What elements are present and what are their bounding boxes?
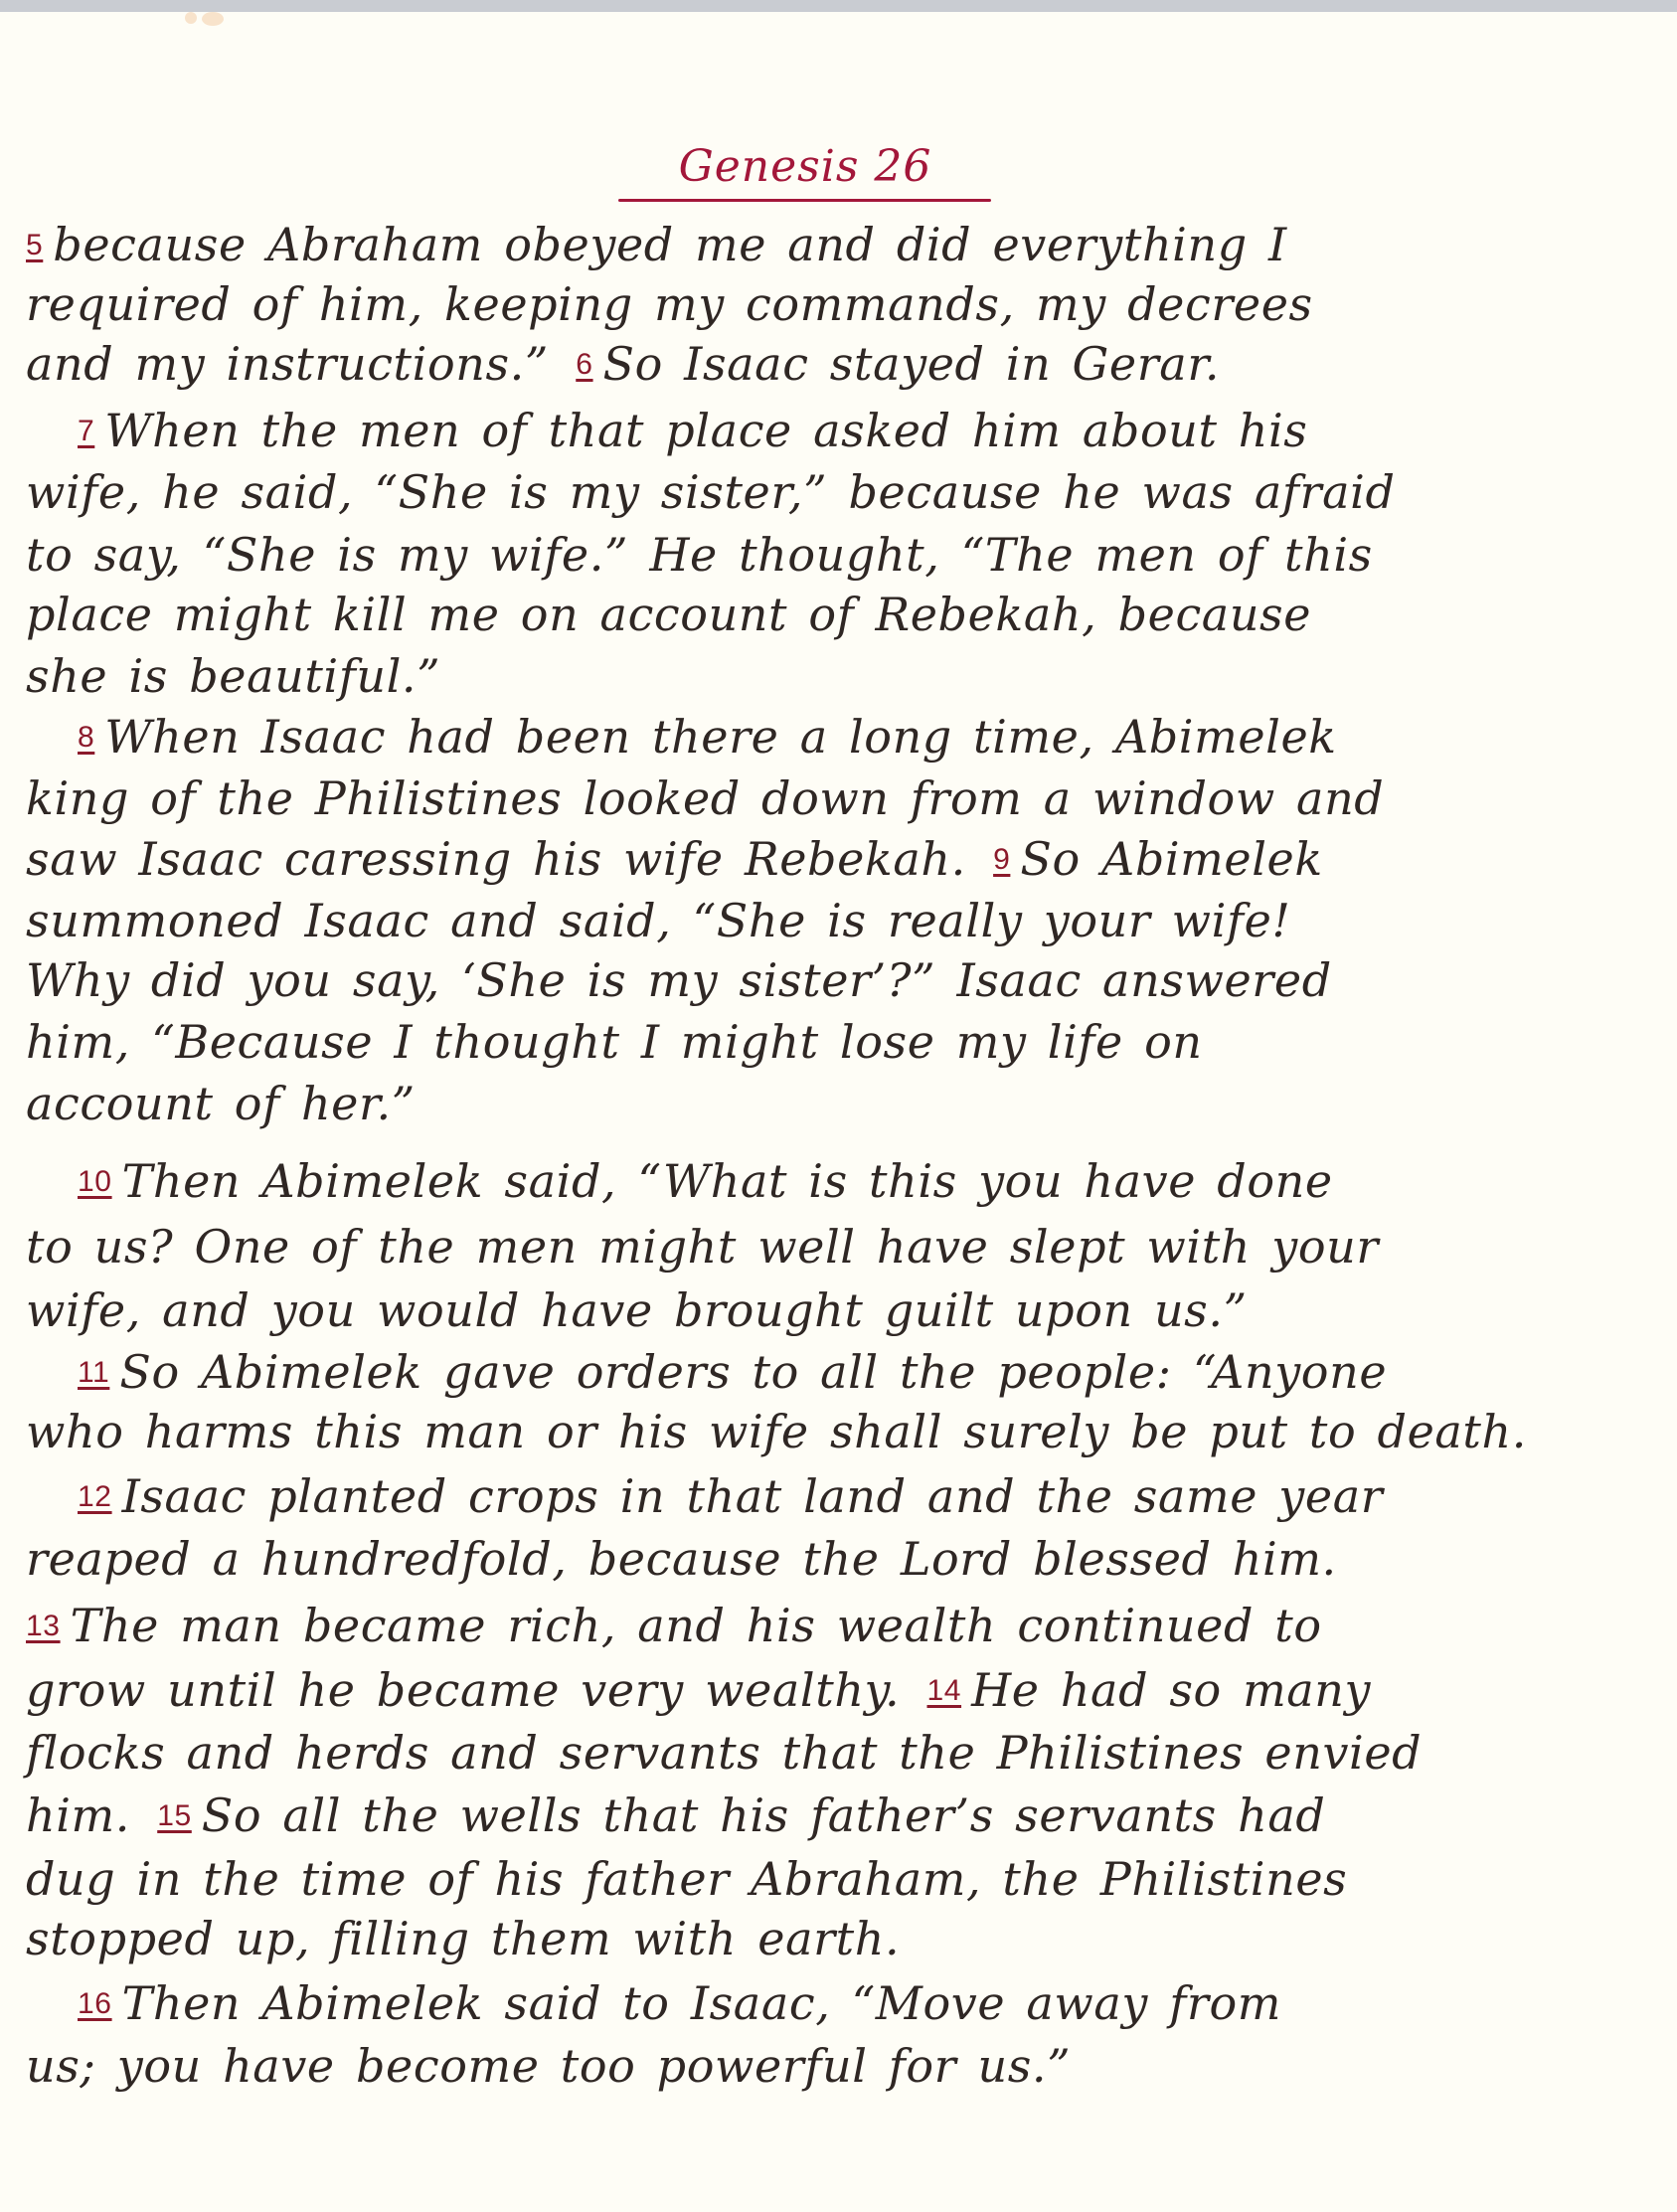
verse-text: When the men of that place asked him abo… xyxy=(104,404,1307,457)
text-line: 7When the men of that place asked him ab… xyxy=(78,403,1308,459)
text-line: reaped a hundredfold, because the Lord b… xyxy=(26,1531,1337,1587)
verse-number: 15 xyxy=(157,1799,192,1832)
text-line: 13The man became rich, and his wealth co… xyxy=(26,1598,1322,1654)
page-title-wrap: Genesis 26 xyxy=(616,141,994,193)
verse-number: 7 xyxy=(78,415,94,447)
verse-text: and my instructions.” xyxy=(26,337,570,391)
text-line: who harms this man or his wife shall sur… xyxy=(26,1404,1527,1459)
text-line: 5because Abraham obeyed me and did every… xyxy=(26,217,1287,273)
verse-text: place might kill me on account of Rebeka… xyxy=(26,588,1311,641)
verse-number: 6 xyxy=(576,348,592,381)
verse-text: to say, “She is my wife.” He thought, “T… xyxy=(26,528,1373,582)
handwritten-page: Genesis 26 5because Abraham obeyed me an… xyxy=(0,0,1677,2212)
verse-text: account of her.” xyxy=(26,1077,416,1130)
text-line: place might kill me on account of Rebeka… xyxy=(26,587,1311,642)
text-line: us; you have become too powerful for us.… xyxy=(26,2038,1071,2094)
verse-number: 8 xyxy=(78,721,94,754)
text-line: Why did you say, ‘She is my sister’?” Is… xyxy=(26,952,1332,1008)
text-line: wife, and you would have brought guilt u… xyxy=(26,1282,1248,1338)
text-line: king of the Philistines looked down from… xyxy=(26,770,1384,826)
verse-text: summoned Isaac and said, “She is really … xyxy=(26,894,1291,947)
verse-number: 14 xyxy=(926,1674,961,1707)
verse-text: king of the Philistines looked down from… xyxy=(26,771,1384,825)
text-line: and my instructions.” 6So Isaac stayed i… xyxy=(26,336,1220,393)
verse-text: Why did you say, ‘She is my sister’?” Is… xyxy=(26,953,1332,1007)
verse-text: So all the wells that his father’s serva… xyxy=(202,1788,1326,1842)
text-line: him, “Because I thought I might lose my … xyxy=(26,1014,1203,1070)
verse-number: 13 xyxy=(26,1610,61,1642)
verse-text: So Abimelek xyxy=(1020,832,1322,886)
verse-text: He had so many xyxy=(971,1663,1371,1717)
text-line: stopped up, filling them with earth. xyxy=(26,1911,900,1966)
verse-number: 10 xyxy=(78,1165,112,1198)
verse-number: 16 xyxy=(78,1987,112,2020)
text-line: 10Then Abimelek said, “What is this you … xyxy=(78,1153,1333,1210)
text-line: to say, “She is my wife.” He thought, “T… xyxy=(26,527,1373,583)
text-line: to us? One of the men might well have sl… xyxy=(26,1219,1379,1275)
verse-text: because Abraham obeyed me and did everyt… xyxy=(53,218,1286,271)
verse-text: him, “Because I thought I might lose my … xyxy=(26,1015,1203,1069)
text-line: account of her.” xyxy=(26,1076,416,1131)
verse-text: Then Abimelek said, “What is this you ha… xyxy=(122,1154,1333,1208)
text-line: required of him, keeping my commands, my… xyxy=(26,276,1313,332)
verse-text: Isaac planted crops in that land and the… xyxy=(122,1469,1384,1523)
verse-number: 9 xyxy=(993,843,1010,876)
verse-text: us; you have become too powerful for us.… xyxy=(26,2039,1071,2093)
verse-text: wife, he said, “She is my sister,” becau… xyxy=(26,465,1396,519)
verse-number: 5 xyxy=(26,229,43,261)
verse-text: she is beautiful.” xyxy=(26,649,440,703)
verse-text: So Abimelek gave orders to all the peopl… xyxy=(119,1345,1387,1399)
title-underline xyxy=(618,199,991,202)
verse-text: flocks and herds and servants that the P… xyxy=(26,1726,1422,1780)
text-line: wife, he said, “She is my sister,” becau… xyxy=(26,464,1396,520)
verse-number: 12 xyxy=(78,1480,112,1513)
text-line: saw Isaac caressing his wife Rebekah. 9S… xyxy=(26,831,1323,888)
verse-text: Then Abimelek said to Isaac, “Move away … xyxy=(122,1976,1281,2030)
verse-text: stopped up, filling them with earth. xyxy=(26,1912,900,1965)
text-line: him. 15So all the wells that his father’… xyxy=(26,1787,1325,1844)
verse-text: When Isaac had been there a long time, A… xyxy=(104,710,1336,764)
text-line: dug in the time of his father Abraham, t… xyxy=(26,1851,1347,1907)
text-line: 16Then Abimelek said to Isaac, “Move awa… xyxy=(78,1975,1281,2032)
text-line: summoned Isaac and said, “She is really … xyxy=(26,893,1291,948)
verse-text: saw Isaac caressing his wife Rebekah. xyxy=(26,832,987,886)
verse-text: who harms this man or his wife shall sur… xyxy=(26,1405,1527,1458)
text-line: grow until he became very wealthy. 14He … xyxy=(26,1662,1371,1719)
verse-text: required of him, keeping my commands, my… xyxy=(26,277,1313,331)
verse-text: So Isaac stayed in Gerar. xyxy=(603,337,1221,391)
text-line: 12Isaac planted crops in that land and t… xyxy=(78,1468,1383,1525)
verse-text: grow until he became very wealthy. xyxy=(26,1663,921,1717)
text-line: flocks and herds and servants that the P… xyxy=(26,1725,1422,1781)
verse-text: reaped a hundredfold, because the Lord b… xyxy=(26,1532,1337,1586)
verse-text: The man became rich, and his wealth cont… xyxy=(71,1599,1322,1652)
text-line: she is beautiful.” xyxy=(26,648,440,704)
verse-text: him. xyxy=(26,1788,151,1842)
text-line: 8When Isaac had been there a long time, … xyxy=(78,709,1337,766)
text-line: 11So Abimelek gave orders to all the peo… xyxy=(78,1344,1387,1401)
verse-text: dug in the time of his father Abraham, t… xyxy=(26,1852,1347,1906)
page-title: Genesis 26 xyxy=(679,141,932,193)
verse-text: to us? One of the men might well have sl… xyxy=(26,1220,1379,1274)
verse-number: 11 xyxy=(78,1356,109,1389)
verse-text: wife, and you would have brought guilt u… xyxy=(26,1283,1248,1337)
